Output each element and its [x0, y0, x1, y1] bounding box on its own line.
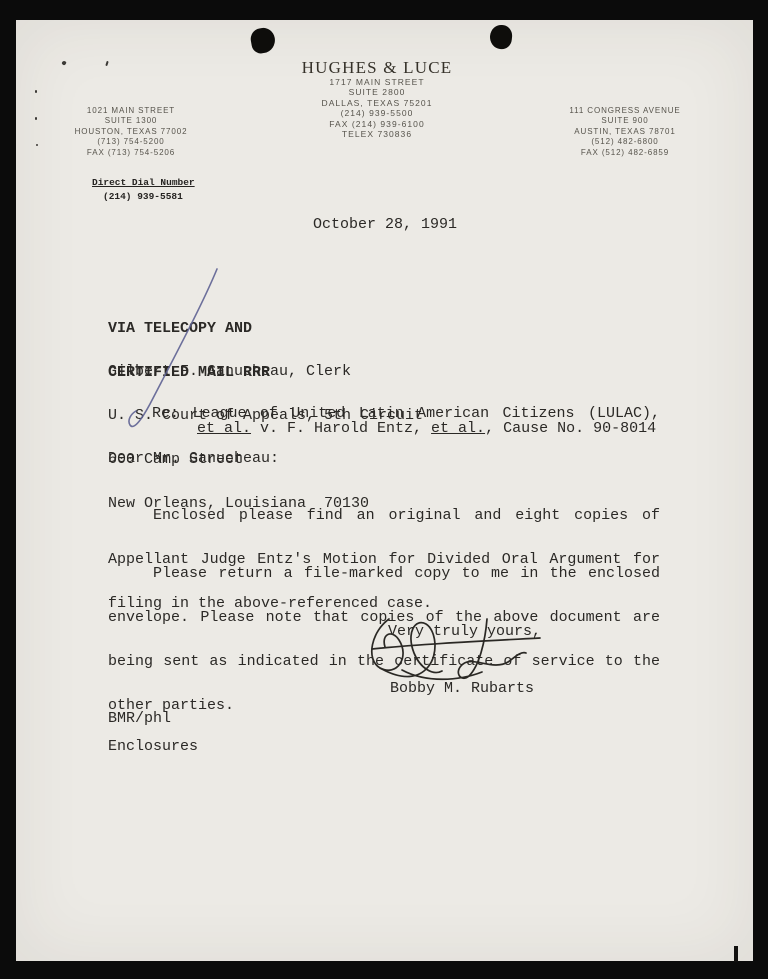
- letterhead-line: 1717 MAIN STREET: [16, 77, 738, 87]
- re-subject-mid: v. F. Harold Entz,: [251, 420, 431, 437]
- scanned-letter-page: HUGHES & LUCE 1717 MAIN STREET SUITE 280…: [0, 0, 768, 979]
- letterhead-line: SUITE 900: [530, 116, 720, 126]
- firm-name: HUGHES & LUCE: [16, 58, 738, 77]
- et-al-underlined: et al.: [197, 420, 251, 437]
- letterhead-line: (713) 754-5200: [36, 137, 226, 147]
- direct-dial-number: (214) 939-5581: [92, 190, 195, 204]
- letter-date: October 28, 1991: [313, 218, 457, 233]
- delivery-line: VIA TELECOPY AND: [108, 322, 270, 337]
- body-line: Please return a file-marked copy to me i…: [108, 567, 660, 582]
- salutation: Dear Mr. Ganucheau:: [108, 452, 279, 467]
- direct-dial-label: Direct Dial Number: [92, 176, 195, 190]
- letterhead-austin-office: 111 CONGRESS AVENUE SUITE 900 AUSTIN, TE…: [530, 106, 720, 158]
- letterhead-houston-office: 1021 MAIN STREET SUITE 1300 HOUSTON, TEX…: [36, 106, 226, 158]
- enclosure-note: Enclosures: [108, 740, 198, 755]
- body-line: being sent as indicated in the certifica…: [108, 655, 660, 670]
- letterhead-line: FAX (713) 754-5206: [36, 148, 226, 158]
- letterhead-line: HOUSTON, TEXAS 77002: [36, 127, 226, 137]
- letter-paper: HUGHES & LUCE 1717 MAIN STREET SUITE 280…: [16, 20, 753, 961]
- et-al-underlined: et al.: [431, 420, 485, 437]
- letterhead-line: (512) 482-6800: [530, 137, 720, 147]
- re-subject-tail: , Cause No. 90-8014: [485, 420, 656, 437]
- recipient-line: Gilbert F. Ganucheau, Clerk: [108, 365, 423, 380]
- body-line: envelope. Please note that copies of the…: [108, 611, 660, 626]
- letterhead-line: FAX (512) 482-6859: [530, 148, 720, 158]
- re-subject-line2: et al. v. F. Harold Entz, et al., Cause …: [197, 422, 656, 437]
- punch-hole-icon: [249, 26, 277, 55]
- re-label: Re:: [152, 405, 179, 422]
- body-paragraph-2: Please return a file-marked copy to me i…: [108, 538, 660, 742]
- valediction: Very truly yours,: [388, 625, 541, 640]
- direct-dial-block: Direct Dial Number (214) 939-5581: [92, 176, 195, 203]
- signer-name: Bobby M. Rubarts: [390, 682, 534, 697]
- body-line: other parties.: [108, 699, 660, 714]
- letterhead-line: SUITE 1300: [36, 116, 226, 126]
- reference-initials: BMR/phl: [108, 712, 171, 727]
- letterhead-line: 111 CONGRESS AVENUE: [530, 106, 720, 116]
- letterhead-line: SUITE 2800: [16, 87, 738, 97]
- scan-artifact-tick: [734, 946, 738, 962]
- letterhead-line: 1021 MAIN STREET: [36, 106, 226, 116]
- punch-hole-icon: [489, 24, 513, 50]
- body-line: Enclosed please find an original and eig…: [108, 509, 660, 524]
- letterhead-line: AUSTIN, TEXAS 78701: [530, 127, 720, 137]
